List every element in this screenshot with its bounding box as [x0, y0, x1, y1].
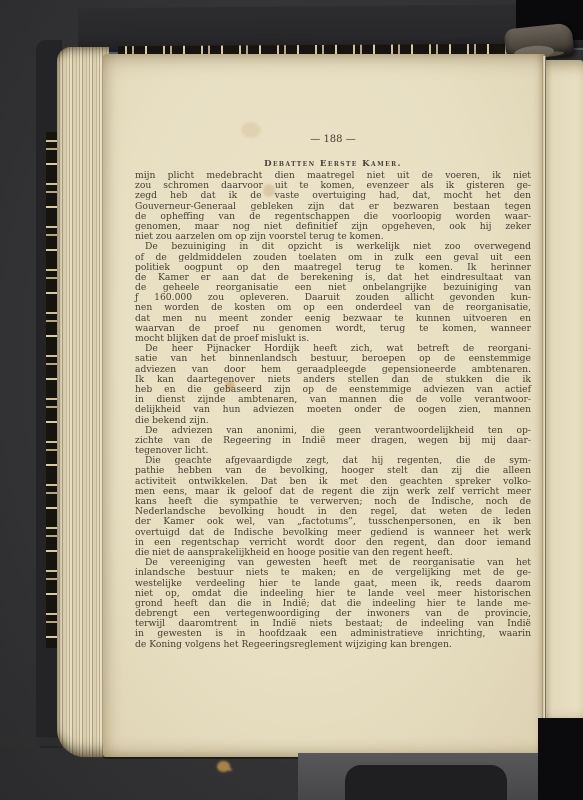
paragraph: De adviezen van anonimi, die geen verant…	[135, 426, 531, 457]
text-line: delijkheid van hun adviezen moeten onder…	[135, 405, 531, 415]
text-block: mijn plicht medebracht dien maatregel ni…	[135, 171, 531, 650]
section-heading: Debatten Eerste Kamer.	[135, 159, 531, 169]
book-page: — 188 — Debatten Eerste Kamer. mijn plic…	[103, 54, 545, 757]
paragraph: De heer Pijnacker Hordijk heeft zich, wa…	[135, 344, 531, 426]
facing-page-edge	[546, 60, 583, 726]
page-number: — 188 —	[135, 134, 531, 145]
paragraph: Die geachte afgevaardigde zegt, dat hij …	[135, 456, 531, 558]
text-line: inlandsche bestuur niets te maken; en de…	[135, 568, 531, 578]
paragraph: De bezuiniging in dit opzicht is werkeli…	[135, 242, 531, 344]
paragraph: mijn plicht medebracht dien maatregel ni…	[135, 171, 531, 242]
page-stack-fore-edge	[57, 47, 109, 757]
book-photo: — 188 — Debatten Eerste Kamer. mijn plic…	[0, 0, 583, 800]
text-line: de Koning volgens het Regeeringsreglemen…	[135, 640, 531, 650]
text-line: De bezuiniging in dit opzicht is werkeli…	[135, 242, 531, 252]
bottom-right-shadow	[538, 718, 583, 800]
book-cradle-pad	[345, 765, 507, 800]
foxing-stain	[217, 761, 230, 772]
paragraph: De vereeniging van gewesten heeft met de…	[135, 558, 531, 650]
